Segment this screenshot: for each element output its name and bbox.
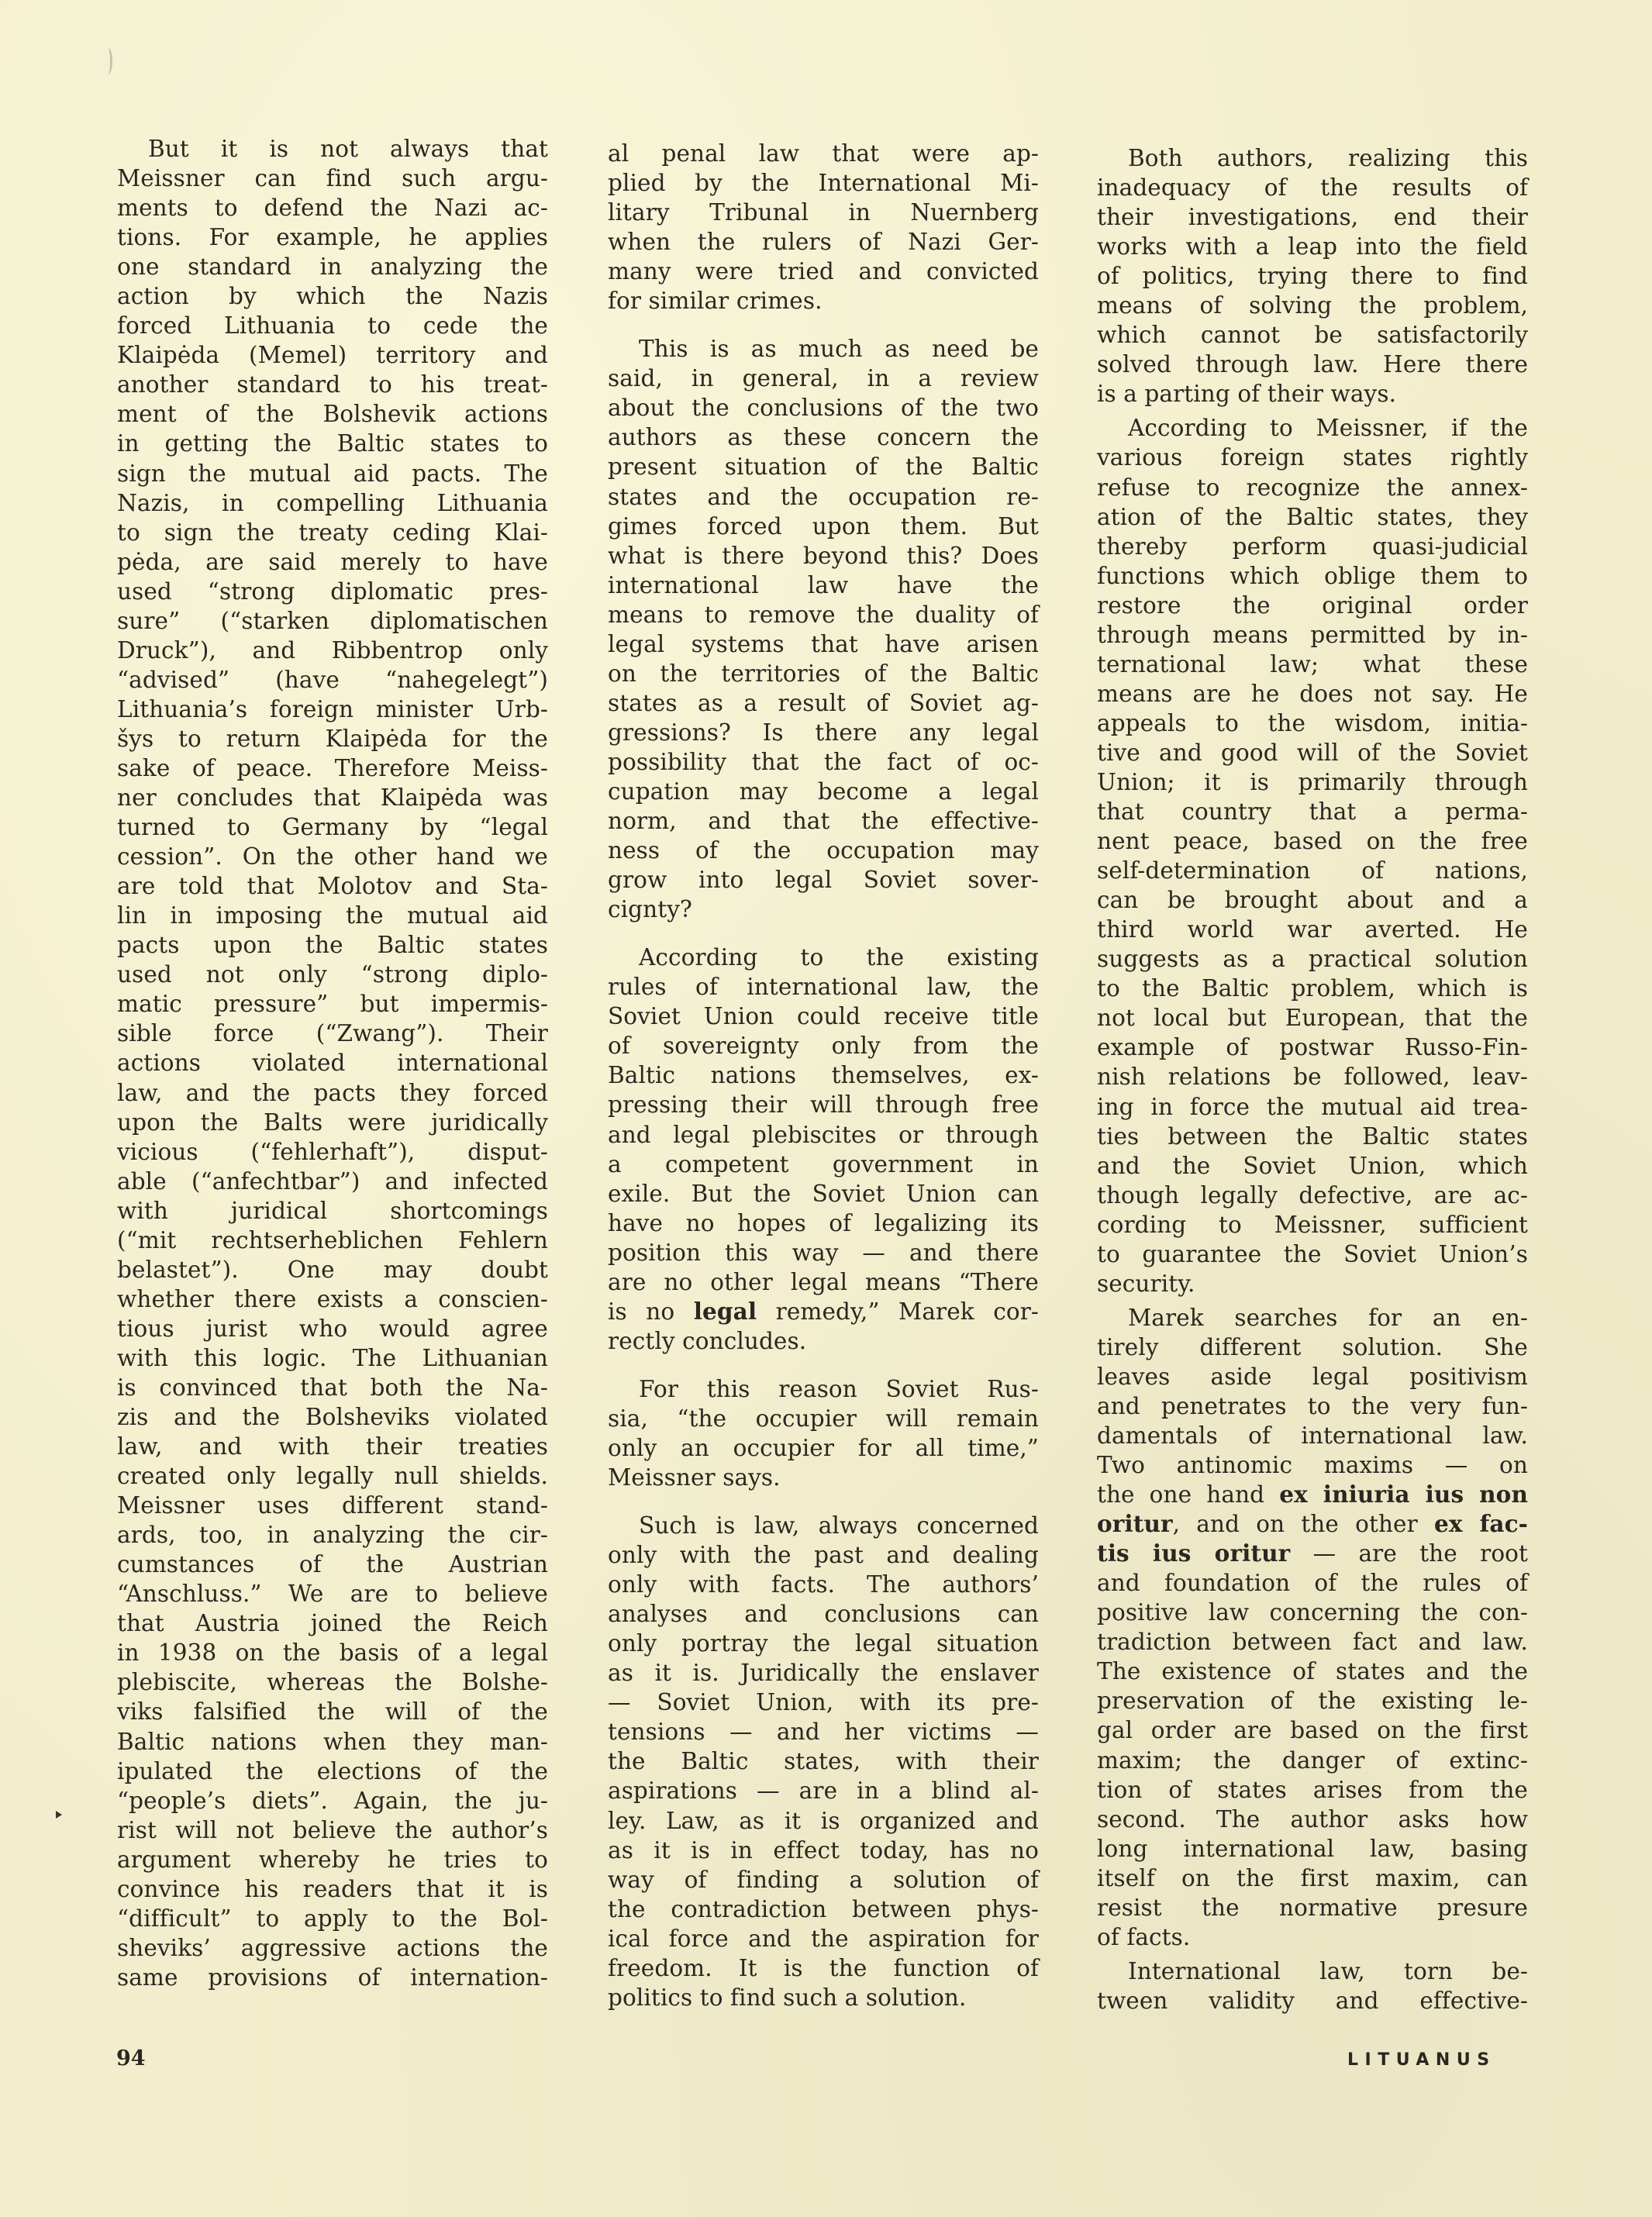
text-line: various foreign states rightly [1097,443,1528,472]
text-line: only an occupier for all time,” [608,1433,1039,1463]
page-number: 94 [116,2046,146,2070]
text-line: International law, torn be- [1097,1957,1528,1986]
text-line: upon the Balts were juridically [117,1108,548,1137]
text-line: the one hand ex iniuria ius non [1097,1480,1528,1509]
paragraph: al penal law that were ap-plied by the I… [608,139,1039,315]
text-line: Druck”), and Ribbentrop only [117,636,548,665]
text-line: actions violated international [117,1048,548,1077]
text-line: Union; it is primarily through [1097,767,1528,797]
text-line: damentals of international law. [1097,1421,1528,1450]
text-line: is a parting of their ways. [1097,379,1528,409]
paragraph: According to the existingrules of intern… [608,943,1039,1356]
text-line: means are he does not say. He [1097,679,1528,709]
text-line: on the territories of the Baltic [608,659,1039,688]
text-line: ner concludes that Klaipėda was [117,783,548,812]
text-line: freedom. It is the function of [608,1953,1039,1983]
text-line: ards, too, in analyzing the cir- [117,1520,548,1550]
text-line: Soviet Union could receive title [608,1002,1039,1031]
text-line: (“mit rechtserheblichen Fehlern [117,1226,548,1255]
text-line: security. [1097,1269,1528,1298]
text-line: about the conclusions of the two [608,393,1039,422]
text-line: politics to find such a solution. [608,1983,1039,2012]
paragraph: But it is not always thatMeissner can fi… [117,134,548,1992]
text-line: only portray the legal situation [608,1629,1039,1658]
text-line: another standard to his treat- [117,370,548,399]
text-line: leaves aside legal positivism [1097,1362,1528,1391]
text-line: means of solving the problem, [1097,291,1528,320]
text-line: and the Soviet Union, which [1097,1151,1528,1181]
text-line: suggests as a practical solution [1097,944,1528,974]
text-line: Meissner uses different stand- [117,1491,548,1520]
text-line: forced Lithuania to cede the [117,311,548,340]
text-line: that Austria joined the Reich [117,1608,548,1638]
text-line: tensions — and her victims — [608,1717,1039,1746]
text-line: ment of the Bolshevik actions [117,399,548,429]
text-line: argument whereby he tries to [117,1845,548,1874]
text-line: Marek searches for an en- [1097,1303,1528,1333]
text-line: as it is in effect today, has no [608,1836,1039,1865]
text-line: way of finding a solution of [608,1865,1039,1895]
text-line: as it is. Juridically the enslaver [608,1658,1039,1688]
text-line: Nazis, in compelling Lithuania [117,488,548,518]
text-line: states as a result of Soviet ag- [608,688,1039,718]
text-line: Meissner says. [608,1463,1039,1492]
text-line: ical force and the aspiration for [608,1924,1039,1953]
text-line: in getting the Baltic states to [117,429,548,458]
text-line: law, and the pacts they forced [117,1078,548,1108]
text-line: sible force (“Zwang”). Their [117,1019,548,1048]
text-line: to sign the treaty ceding Klai- [117,518,548,547]
text-line: Klaipėda (Memel) territory and [117,340,548,370]
text-line: used not only “strong diplo- [117,960,548,989]
text-line: pėda, are said merely to have [117,547,548,577]
text-line: nish relations be followed, leav- [1097,1062,1528,1091]
text-line: third world war averted. He [1097,915,1528,944]
text-line: maxim; the danger of extinc- [1097,1746,1528,1775]
text-line: sure” (“starken diplomatischen [117,606,548,636]
text-line: belastet”). One may doubt [117,1255,548,1284]
text-line: example of postwar Russo-Fin- [1097,1033,1528,1062]
text-line: matic pressure” but impermis- [117,989,548,1019]
text-line: works with a leap into the field [1097,232,1528,261]
text-line: said, in general, in a review [608,364,1039,393]
text-line: are told that Molotov and Sta- [117,871,548,901]
journal-name-footer: LITUANUS [1347,2050,1496,2070]
text-line: only with facts. The authors’ [608,1570,1039,1599]
text-line: “Anschluss.” We are to believe [117,1579,548,1608]
text-line: This is as much as need be [608,334,1039,364]
text-line: inadequacy of the results of [1097,173,1528,202]
text-line: present situation of the Baltic [608,452,1039,481]
text-line: international law have the [608,571,1039,600]
text-line: rist will not believe the author’s [117,1815,548,1845]
text-line: resist the normative presure [1097,1893,1528,1922]
text-line: — Soviet Union, with its pre- [608,1688,1039,1717]
text-line: are no other legal means “There [608,1267,1039,1297]
text-line: al penal law that were ap- [608,139,1039,168]
text-line: cupation may become a legal [608,777,1039,806]
text-line: cumstances of the Austrian [117,1550,548,1579]
text-line: authors as these concern the [608,422,1039,452]
text-line: tion of states arises from the [1097,1775,1528,1805]
text-line: of facts. [1097,1922,1528,1952]
text-line: rectly concludes. [608,1326,1039,1356]
text-line: have no hopes of legalizing its [608,1208,1039,1238]
text-line: of politics, trying there to find [1097,261,1528,291]
text-line: ipulated the elections of the [117,1757,548,1786]
text-line: Both authors, realizing this [1097,143,1528,173]
text-line: possibility that the fact of oc- [608,747,1039,777]
text-line: cignty? [608,895,1039,924]
text-line: plebiscite, whereas the Bolshe- [117,1667,548,1697]
text-line: ing in force the mutual aid trea- [1097,1092,1528,1122]
text-line: through means permitted by in- [1097,620,1528,650]
text-column-2: al penal law that were ap-plied by the I… [608,139,1039,2012]
text-line: only with the past and dealing [608,1540,1039,1570]
paragraph: Both authors, realizing thisinadequacy o… [1097,143,1528,409]
text-line: ley. Law, as it is organized and [608,1806,1039,1836]
text-line: the contradiction between phys- [608,1895,1039,1924]
text-line: means to remove the duality of [608,600,1039,629]
text-line: cording to Meissner, sufficient [1097,1210,1528,1240]
text-line: ation of the Baltic states, they [1097,502,1528,532]
text-line: and penetrates to the very fun- [1097,1391,1528,1421]
text-line: not local but European, that the [1097,1003,1528,1033]
text-line: pressing their will through free [608,1090,1039,1119]
text-line: when the rulers of Nazi Ger- [608,227,1039,257]
text-line: rules of international law, the [608,972,1039,1002]
text-line: analyses and conclusions can [608,1599,1039,1629]
text-line: convince his readers that it is [117,1874,548,1904]
text-line: Two antinomic maxims — on [1097,1450,1528,1480]
text-line: tious jurist who would agree [117,1314,548,1343]
text-line: aspirations — are in a blind al- [608,1776,1039,1805]
text-line: in 1938 on the basis of a legal [117,1638,548,1667]
text-line: grow into legal Soviet sover- [608,865,1039,895]
scan-artifact-mark [104,48,112,74]
text-line: states and the occupation re- [608,482,1039,512]
text-line: thereby perform quasi-judicial [1097,532,1528,561]
paragraph: For this reason Soviet Rus-sia, “the occ… [608,1374,1039,1492]
text-line: tradiction between fact and law. [1097,1627,1528,1657]
text-line: Baltic nations when they man- [117,1727,548,1757]
text-line: sake of peace. Therefore Meiss- [117,753,548,783]
margin-arrow-mark [56,1811,62,1819]
text-column-1: But it is not always thatMeissner can fi… [117,134,548,1992]
text-line: used “strong diplomatic pres- [117,577,548,606]
text-line: But it is not always that [117,134,548,164]
text-line: According to Meissner, if the [1097,413,1528,443]
paragraph: International law, torn be-tween validit… [1097,1957,1528,2015]
text-line: which cannot be satisfactorily [1097,320,1528,350]
text-line: tions. For example, he applies [117,222,548,252]
text-line: For this reason Soviet Rus- [608,1374,1039,1404]
text-line: able (“anfechtbar”) and infected [117,1167,548,1196]
text-line: norm, and that the effective- [608,806,1039,836]
text-line: šys to return Klaipėda for the [117,724,548,753]
text-line: Lithuania’s foreign minister Urb- [117,695,548,724]
text-line: with juridical shortcomings [117,1196,548,1226]
text-line: pacts upon the Baltic states [117,930,548,960]
text-line: Such is law, always concerned [608,1511,1039,1540]
text-line: with this logic. The Lithuanian [117,1343,548,1373]
text-line: their investigations, end their [1097,202,1528,232]
text-line: to the Baltic problem, which is [1097,974,1528,1003]
text-line: is no legal remedy,” Marek cor- [608,1297,1039,1326]
text-line: solved through law. Here there [1097,350,1528,379]
text-line: tween validity and effective- [1097,1986,1528,2015]
text-line: tis ius oritur — are the root [1097,1539,1528,1568]
text-line: long international law, basing [1097,1834,1528,1864]
text-line: same provisions of internation- [117,1963,548,1992]
text-line: “people’s diets”. Again, the ju- [117,1786,548,1815]
text-line: According to the existing [608,943,1039,972]
text-line: sia, “the occupier will remain [608,1404,1039,1433]
text-line: tirely different solution. She [1097,1333,1528,1362]
text-line: refuse to recognize the annex- [1097,473,1528,502]
text-line: “difficult” to apply to the Bol- [117,1904,548,1933]
text-line: a competent government in [608,1150,1039,1179]
text-line: Baltic nations themselves, ex- [608,1060,1039,1090]
text-line: ments to defend the Nazi ac- [117,193,548,222]
text-line: gal order are based on the first [1097,1715,1528,1745]
text-line: and foundation of the rules of [1097,1568,1528,1598]
text-line: action by which the Nazis [117,281,548,311]
text-line: appeals to the wisdom, initia- [1097,709,1528,738]
text-line: self-determination of nations, [1097,856,1528,885]
text-line: for similar crimes. [608,286,1039,315]
text-column-3: Both authors, realizing thisinadequacy o… [1097,143,1528,2015]
text-line: to guarantee the Soviet Union’s [1097,1240,1528,1269]
text-line: preservation of the existing le- [1097,1686,1528,1715]
text-line: exile. But the Soviet Union can [608,1179,1039,1208]
text-line: second. The author asks how [1097,1805,1528,1834]
text-line: gimes forced upon them. But [608,512,1039,541]
text-line: created only legally null shields. [117,1461,548,1491]
text-line: gressions? Is there any legal [608,718,1039,747]
text-line: sign the mutual aid pacts. The [117,459,548,488]
text-line: cession”. On the other hand we [117,842,548,871]
paragraph: According to Meissner, if thevarious for… [1097,413,1528,1298]
text-line: what is there beyond this? Does [608,541,1039,571]
text-line: zis and the Bolsheviks violated [117,1402,548,1432]
text-line: ness of the occupation may [608,836,1039,865]
text-line: turned to Germany by “legal [117,812,548,842]
text-line: that country that a perma- [1097,797,1528,826]
text-line: tive and good will of the Soviet [1097,738,1528,767]
text-line: of sovereignty only from the [608,1031,1039,1060]
text-line: oritur, and on the other ex fac- [1097,1509,1528,1539]
text-line: position this way — and there [608,1238,1039,1267]
text-line: Meissner can find such argu- [117,164,548,193]
text-line: though legally defective, are ac- [1097,1181,1528,1210]
text-line: one standard in analyzing the [117,252,548,281]
text-line: many were tried and convicted [608,257,1039,286]
text-line: can be brought about and a [1097,885,1528,915]
text-line: the Baltic states, with their [608,1746,1039,1776]
text-line: ties between the Baltic states [1097,1122,1528,1151]
text-line: “advised” (have “nahegelegt”) [117,665,548,695]
paragraph: Such is law, always concernedonly with t… [608,1511,1039,2012]
text-line: itself on the first maxim, can [1097,1864,1528,1893]
text-line: functions which oblige them to [1097,561,1528,591]
text-line: and legal plebiscites or through [608,1120,1039,1150]
paragraph: Marek searches for an en-tirely differen… [1097,1303,1528,1952]
text-line: legal systems that have arisen [608,629,1039,659]
text-line: The existence of states and the [1097,1657,1528,1686]
text-line: whether there exists a conscien- [117,1284,548,1314]
text-line: lin in imposing the mutual aid [117,901,548,930]
text-line: law, and with their treaties [117,1432,548,1461]
text-line: litary Tribunal in Nuernberg [608,198,1039,227]
text-line: vicious (“fehlerhaft”), disput- [117,1137,548,1167]
text-line: sheviks’ aggressive actions the [117,1933,548,1963]
text-line: positive law concerning the con- [1097,1598,1528,1627]
text-line: viks falsified the will of the [117,1697,548,1726]
text-line: is convinced that both the Na- [117,1373,548,1402]
text-line: plied by the International Mi- [608,168,1039,198]
text-line: ternational law; what these [1097,650,1528,679]
paragraph: This is as much as need besaid, in gener… [608,334,1039,924]
text-line: restore the original order [1097,591,1528,620]
text-line: nent peace, based on the free [1097,826,1528,856]
